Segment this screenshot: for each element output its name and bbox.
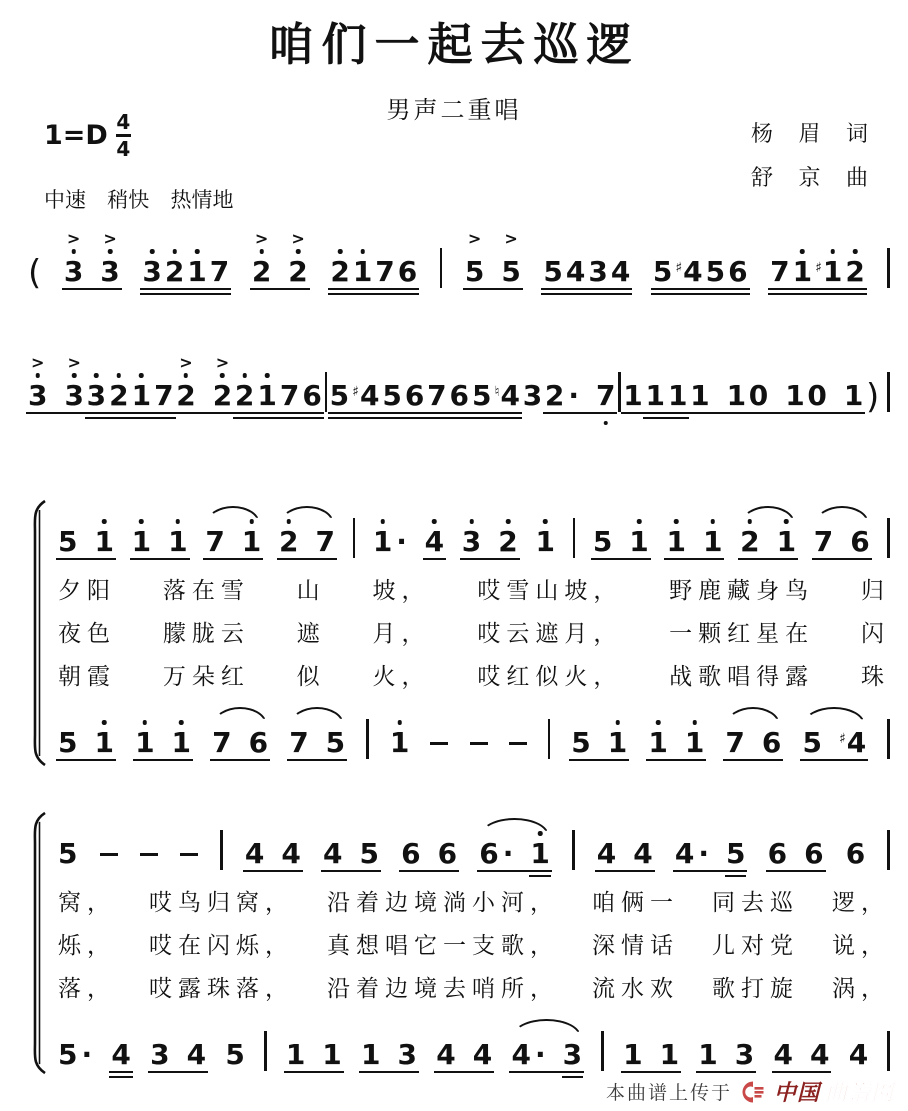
note-digit: 7 [814,528,833,556]
note-group: 1 [623,382,642,420]
slur-arc [290,707,344,725]
note: 1 [668,382,687,410]
note: ♮4 [495,382,521,410]
dash-note [509,742,527,746]
dash-note [470,742,488,746]
beam-underline [509,1071,584,1074]
lyric-segment: 归 [861,569,890,612]
beam-underline [723,759,783,762]
note: 1 [844,382,863,410]
note-digit: 1 [777,528,796,556]
intro-music-line-1: (3>3>32172>2>21765>5>54345♯45671♯12 [28,228,890,296]
note-digit: 1 [187,258,206,286]
beam-underline [56,558,116,561]
lyrics-block: 夕阳落在雪山坡，哎雪山坡，野鹿藏身鸟归夜色朦胧云遮月，哎云遮月，一颗红星在闪朝霞… [58,569,890,698]
lyric-row: 窝，哎鸟归窝，沿着边境淌小河，咱俩一同去巡逻， [58,881,890,924]
beam-underline [643,412,689,415]
note-digit: 3> [28,382,47,410]
note: 6 [438,840,457,868]
note: 4 [810,1041,829,1069]
duet-system-2: 54445666·1444·5666 窝，哎鸟归窝，沿着边境淌小河，咱俩一同去巡… [24,810,890,1076]
octave-dot-high [800,249,805,254]
note-digit: 1 [535,528,554,556]
note-group: 3 [523,382,542,420]
note-group: 1· [373,528,407,566]
note-group: 4 [111,1041,130,1079]
note-digit: 4 [501,382,520,410]
lyric-segment: 说， [832,924,890,967]
note: 3> [64,258,83,286]
beam-underline [541,288,632,291]
augmentation-dot: · [503,840,514,868]
note-digit: 4 [425,528,444,556]
beam-underline [62,288,122,291]
note-digit: 5 [706,258,725,286]
note-digit: 1 [823,258,842,286]
note: 5 [571,729,590,757]
system-brace-icon [24,810,48,1076]
note-digit: 6 [302,382,321,410]
note-digit: 7 [205,528,224,556]
accidental: ♮ [495,385,500,399]
parenthesis: ( [28,256,41,290]
note-digit: 3> [64,382,83,410]
note-digit: 2 [845,258,864,286]
note-digit: 4 [597,840,616,868]
note: 5 [472,382,491,410]
lyric-segment: 哎露珠落， [149,967,294,1010]
accidental: ♯ [839,732,846,746]
note-group: 71♯12 [770,258,865,296]
time-signature-numerator: 4 [116,112,130,132]
accent-mark: > [291,231,304,247]
lyric-segment: 沿着边境淌小河， [327,881,559,924]
note: 6 [728,258,747,286]
note-digit: 2 [545,382,564,410]
note: 7 [205,528,224,556]
note-digit: 1 [666,528,685,556]
barline [264,1031,267,1071]
note: 1 [727,382,746,410]
beam-underline [463,288,523,291]
note-digit: 1 [727,382,746,410]
augmentation-dot: · [698,840,709,868]
beam-underline [766,870,826,873]
octave-dot-high [102,720,107,725]
beam-underline-2 [328,293,419,296]
beam-underline [569,759,629,762]
note-group: 3>3> [64,258,120,296]
beam-underline [328,288,419,291]
barline [573,518,576,558]
note: 1 [535,528,554,556]
note-digit: 3 [735,1041,754,1069]
note-group: 51 [58,528,114,566]
note-digit: 5 [472,382,491,410]
note-digit: 6 [438,840,457,868]
beam-underline [543,412,618,415]
note: 4· [675,840,709,868]
note: 1 [361,1041,380,1069]
dash-note [100,853,118,857]
note-digit: 4 [436,1041,455,1069]
lyric-row: 朝霞万朵红似火，哎红似火，战歌唱得露珠 [58,655,890,698]
lyricist-credit: 杨 眉 词 [751,112,868,156]
beam-underline [277,558,337,561]
note: 1 [608,729,627,757]
octave-dot-high [432,519,437,524]
note-digit: 2 [498,528,517,556]
note: 4 [436,1041,455,1069]
note: 4 [849,1041,868,1069]
note: 3 [563,1041,582,1069]
octave-dot-high [615,720,620,725]
note: 6 [405,382,424,410]
note-digit: 1 [94,528,113,556]
octave-dot-high [71,249,76,254]
note-digit: 4 [849,1041,868,1069]
note-digit: 5 [571,729,590,757]
octave-dot-high [139,519,144,524]
note-group: 51 [571,729,627,767]
note-group: 4 [425,528,444,566]
note-digit: 1 [690,382,709,410]
note: 7 [315,528,334,556]
note: 1 [623,382,642,410]
composer-credit: 舒 京 曲 [751,156,868,200]
note: 2 [498,528,517,556]
note-group: 5 [58,840,77,878]
note: 1 [390,729,409,757]
beam-underline [651,288,750,291]
note: 5 [58,840,77,868]
barline [887,248,890,288]
note-digit: 3 [87,382,106,410]
note-digit: 1 [623,382,642,410]
site-logo-icon [741,1080,765,1104]
credits: 杨 眉 词 舒 京 曲 [751,112,868,200]
song-title: 咱们一起去巡逻 [0,8,908,73]
note-digit: 6 [728,258,747,286]
note: 1 [94,729,113,757]
system-content: 54445666·1444·5666 窝，哎鸟归窝，沿着边境淌小河，咱俩一同去巡… [58,810,890,1079]
beam-underline [250,288,310,291]
accent-mark: > [504,231,517,247]
octave-dot-high [360,249,365,254]
note: 1 [322,1041,341,1069]
note: ♯4 [839,729,866,757]
note: 2 [235,382,254,410]
note-group: 11 [645,382,687,420]
note: 7 [375,258,394,286]
beam-underline [321,870,381,873]
note-group: 11 [623,1041,679,1079]
note: 6 [249,729,268,757]
note-digit: 1 [361,1041,380,1069]
octave-dot-high [195,249,200,254]
lyric-segment: 咱俩一 [592,881,679,924]
note-group: 3>3> [28,382,84,420]
note-group: 44 [597,840,653,878]
beam-underline [399,870,459,873]
lyric-segment: 流水欢 [592,967,679,1010]
note-group: 765♮4 [427,382,520,420]
note-digit: 1 [168,528,187,556]
note-digit: 1 [353,258,372,286]
lyric-segment: 真想唱它一支歌， [327,924,559,967]
system-brace-icon [24,498,48,768]
octave-dot-high [150,249,155,254]
lyric-segment: 逻， [832,881,890,924]
note: 4 [187,1041,206,1069]
note-digit: 5 [359,840,378,868]
note: 6· [479,840,513,868]
beam-underline [591,558,651,561]
lyric-segment: 哎红似火， [477,655,622,698]
note-digit: 4 [675,840,694,868]
beam-underline-2 [233,417,324,420]
note-digit: 3> [100,258,119,286]
note-group: 5♯456 [330,382,425,420]
note: 4 [597,840,616,868]
note-digit: 1 [793,258,812,286]
octave-dot-high [296,249,301,254]
beam-underline [805,412,865,415]
note-group: 2176 [235,382,322,420]
note: 7 [210,258,229,286]
lyric-segment: 一颗红星在 [669,612,814,655]
note: 4 [566,258,585,286]
barline [887,1031,890,1071]
note-group: 75 [289,729,345,767]
note-group: 51 [58,729,114,767]
slur-arc [726,707,780,725]
octave-dot-high [692,720,697,725]
note-digit: 5 [330,382,349,410]
lyrics-block: 窝，哎鸟归窝，沿着边境淌小河，咱俩一同去巡逻，烁，哎在闪烁，真想唱它一支歌，深情… [58,881,890,1010]
note-digit: 5 [58,729,77,757]
note: 5 [326,729,345,757]
note-digit: 6 [405,382,424,410]
note-digit: 7 [375,258,394,286]
beam-underline [328,412,427,415]
note: 5 [706,258,725,286]
note: 1 [777,528,796,556]
lyric-segment: 野鹿藏身鸟 [669,569,814,612]
beam-underline [621,1071,681,1074]
lyric-segment: 珠 [861,655,890,698]
note: 5 [593,528,612,556]
note: 3 [142,258,161,286]
note-digit: 1 [390,729,409,757]
note-digit: 5 [58,840,77,868]
time-signature-denominator: 4 [116,139,130,159]
note: 3 [523,382,542,410]
note-digit: 1 [132,382,151,410]
lyric-row: 烁，哎在闪烁，真想唱它一支歌，深情话儿对党说， [58,924,890,967]
note-digit: 5 [653,258,672,286]
note: 7 [289,729,308,757]
beam-underline [768,288,867,291]
note-digit: 5 [593,528,612,556]
note: 2· [545,382,579,410]
barline [618,372,621,412]
note: 1 [666,528,685,556]
beam-underline [174,412,234,415]
note-digit: 1 [132,528,151,556]
note: 4 [611,258,630,286]
note-group: 76 [814,528,870,566]
beam-underline [747,412,807,415]
note: 3 [735,1041,754,1069]
barline [548,719,551,759]
system-content: 511171271·432151112176 夕阳落在雪山坡，哎雪山坡，野鹿藏身… [58,498,890,767]
note: 2 [330,258,349,286]
note: 1 [660,1041,679,1069]
accidental: ♯ [815,261,822,275]
barline [887,372,890,412]
note-digit: 6 [249,729,268,757]
note: 6 [398,258,417,286]
lyric-segment: 坡， [372,569,430,612]
note-digit: 4 [281,840,300,868]
note-digit: 2 [235,382,254,410]
note-digit: 0 [749,382,768,410]
note: 2 [740,528,759,556]
note: 7 [814,528,833,556]
note-digit: 1 [608,729,627,757]
note-digit: 2 [330,258,349,286]
beam-underline [140,288,231,291]
parenthesis: ) [866,380,879,414]
octave-dot-high [172,249,177,254]
barline [887,518,890,558]
note-digit: 7 [725,729,744,757]
note-digit: 1 [172,729,191,757]
octave-dot-high [242,373,247,378]
note-digit: 4 [774,1041,793,1069]
note-digit: 3 [462,528,481,556]
note-group: 2>2> [252,258,308,296]
dash-note [180,853,198,857]
note-digit: 6 [846,840,865,868]
note-digit: 4 [111,1041,130,1069]
note-group: 45 [323,840,379,878]
note: 4 [245,840,264,868]
note: 1 [629,528,648,556]
accidental: ♯ [352,385,359,399]
note: 6 [768,840,787,868]
note-group: 6·1 [479,840,550,878]
lyric-segment: 月， [372,612,430,655]
note: 6 [450,382,469,410]
note-digit: 3 [563,1041,582,1069]
note-digit: 5 [543,258,562,286]
note: 2 [165,258,184,286]
slur-arc [206,506,260,524]
lyric-segment: 涡， [832,967,890,1010]
note: 1 [132,382,151,410]
barline [572,830,575,870]
note-digit: 7 [289,729,308,757]
beam-underline [359,1071,419,1074]
note-group: 76 [725,729,781,767]
note-group: 3217 [142,258,229,296]
note-digit: 1 [648,729,667,757]
note-group: 6 [846,840,865,878]
note: 3> [28,382,47,410]
barline [353,518,356,558]
note-group: 4·5 [675,840,746,878]
note-group: 01 [749,382,805,420]
note: 4 [281,840,300,868]
note-digit: 5 [326,729,345,757]
note-digit: 1 [703,528,722,556]
note-digit: 1 [373,528,392,556]
octave-dot-high [139,373,144,378]
slur-arc [815,506,869,524]
lyric-segment: 儿对党 [712,924,799,967]
beam-underline [423,558,446,561]
note-digit: 1 [530,840,549,868]
note-digit: 6 [804,840,823,868]
note-group: 4·3 [511,1041,582,1079]
note-digit: 5 [225,1041,244,1069]
beam-underline-2 [768,293,867,296]
note: 5 [382,382,401,410]
upper-voice-line: 511171271·432151112176 [58,498,890,566]
beam-underline [434,1071,494,1074]
watermark: 本曲谱上传于 中国 曲谱网 [606,1076,894,1107]
note: 1 [530,840,549,868]
octave-dot-high [72,373,77,378]
note: 1 [690,382,709,410]
note-group: 44 [245,840,301,878]
beam-underline-2 [109,1076,132,1079]
beam-underline [812,558,872,561]
note-digit: 3> [64,258,83,286]
note-digit: 1 [660,1041,679,1069]
lyric-segment: 火， [372,655,430,698]
note-digit: 6 [479,840,498,868]
octave-dot-high [380,519,385,524]
note: 1 [793,258,812,286]
octave-dot-high [656,720,661,725]
slur-arc [280,506,334,524]
note-digit: 4 [611,258,630,286]
note-digit: 7 [596,382,615,410]
note: 1 [187,258,206,286]
note-group: 27 [279,528,335,566]
note-group: 32 [462,528,518,566]
beam-underline-2 [140,293,231,296]
octave-dot-high [143,720,148,725]
lyric-segment: 烁， [58,924,116,967]
note-digit: 5> [501,258,520,286]
note: 2 [109,382,128,410]
note-digit: 0 [807,382,826,410]
note-digit: 7 [427,382,446,410]
note: 6 [846,840,865,868]
note-group: 11 [135,729,191,767]
octave-dot-high [102,519,107,524]
note-group: 5♯4 [802,729,866,767]
note-digit: 6 [401,840,420,868]
octave-dot-high [184,373,189,378]
lyric-segment: 似 [297,655,326,698]
note-group: 11 [690,382,746,420]
note-digit: 7 [315,528,334,556]
